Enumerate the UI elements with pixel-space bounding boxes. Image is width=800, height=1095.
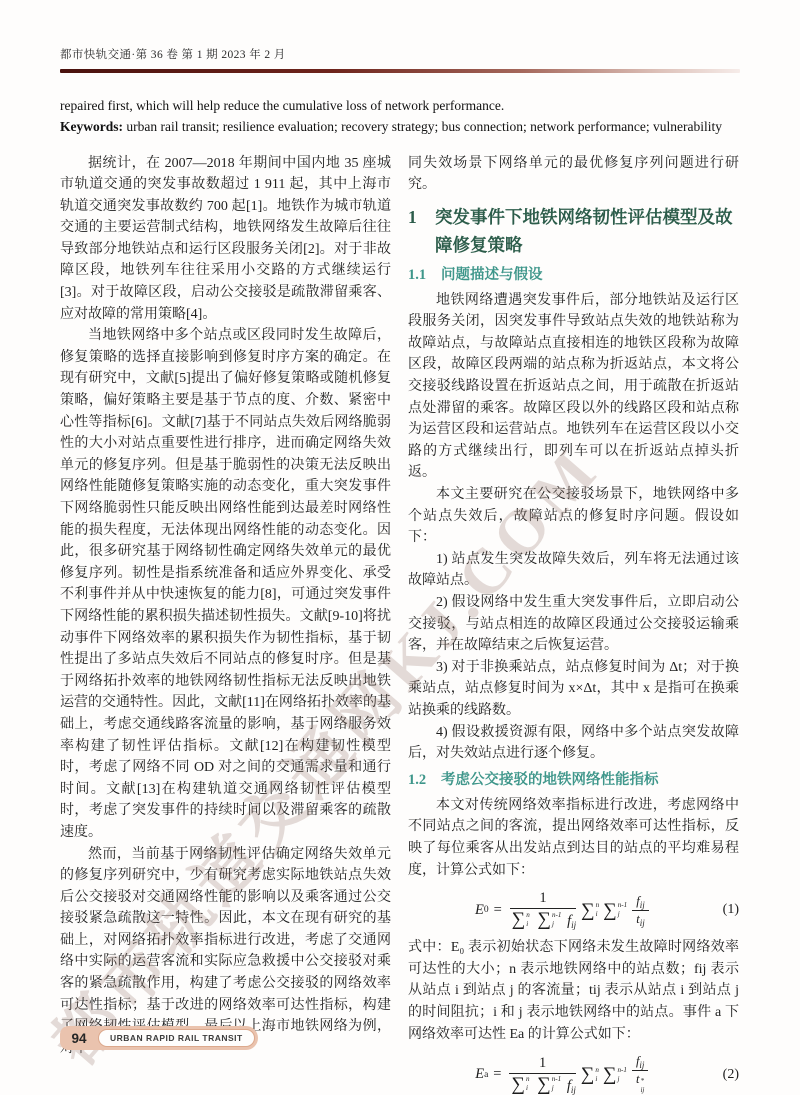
sigma-icon: ∑ [512, 910, 526, 929]
denominator-sum: ∑ni ∑n-1j fij [510, 909, 576, 930]
subsection-title: 问题描述与假设 [441, 264, 739, 287]
paragraph-index-definition: 本文对传统网络效率指标进行改进，考虑网络中不同站点之间的客流，提出网络效率可达性… [408, 795, 739, 881]
section-title: 突发事件下地铁网络韧性评估模型及故障修复策略 [435, 203, 739, 259]
subsection-number: 1.2 [408, 769, 441, 792]
assumption-item-2: 2) 假设网络中发生重大突发事件后，立即启动公交接驳，与站点相连的故障区段通过公… [408, 592, 739, 657]
right-column: 同失效场景下网络单元的最优修复序列问题进行研究。 1 突发事件下地铁网络韧性评估… [408, 153, 739, 1095]
sigma-icon: ∑ [603, 1065, 617, 1084]
sigma-icon: ∑ [511, 1075, 525, 1094]
two-column-body: 据统计，在 2007—2018 年期间中国内地 35 座城市轨道交通的突发事故数… [60, 153, 740, 1095]
var-E: E [475, 902, 484, 919]
paragraph-research-scope: 本文主要研究在公交接驳场景下，地铁网络中多个站点失效后，故障站点的修复时序问题。… [408, 484, 739, 549]
paragraph-literature-review: 当地铁网络中多个站点或区段同时发生故障后，修复策略的选择直接影响到修复时序方案的… [60, 325, 391, 843]
denominator-sum: ∑ni ∑n-1j fij [509, 1074, 575, 1095]
assumption-item-4: 4) 假设救援资源有限，网络中多个站点突发故障后，对失效站点进行逐个修复。 [408, 722, 739, 765]
numerator-one: 1 [509, 1055, 575, 1074]
sub-0: 0 [484, 905, 489, 915]
sigma-icon: ∑ [537, 910, 551, 929]
assumption-item-3: 3) 对于非换乘站点，站点修复时间为 Δt；对于换乘站点，站点修复时间为 x×Δ… [408, 657, 739, 722]
equation-1-math: E0 = 1 ∑ni ∑n-1j fij ∑ni ∑n-1j fij [408, 890, 719, 930]
sub-a: a [484, 1070, 488, 1080]
sigma-icon: ∑ [537, 1075, 551, 1094]
header-rule-divider [60, 69, 740, 73]
english-abstract-block: repaired first, which will help reduce t… [60, 95, 740, 137]
equation-2-number: (2) [719, 1067, 739, 1083]
var-E: E [475, 1066, 484, 1083]
journal-page: 都市轨道交通网KJ.COM 都市快轨交通·第 36 卷 第 1 期 2023 年… [0, 0, 800, 1095]
subsection-heading-1-1: 1.1 问题描述与假设 [408, 264, 739, 287]
section-number: 1 [408, 203, 435, 259]
keywords-text: urban rail transit; resilience evaluatio… [123, 119, 722, 134]
equation-1-number: (1) [719, 902, 739, 918]
abstract-last-line: repaired first, which will help reduce t… [60, 95, 740, 116]
subsection-heading-1-2: 1.2 考虑公交接驳的地铁网络性能指标 [408, 769, 739, 792]
paragraph-continuation: 同失效场景下网络单元的最优修复序列问题进行研究。 [408, 153, 739, 196]
numerator-one: 1 [510, 890, 576, 909]
equation-2: Ea = 1 ∑ni ∑n-1j fij ∑ni ∑n-1j fij [408, 1054, 739, 1095]
left-column: 据统计，在 2007—2018 年期间中国内地 35 座城市轨道交通的突发事故数… [60, 153, 391, 1095]
page-header: 都市快轨交通·第 36 卷 第 1 期 2023 年 2 月 [60, 46, 740, 73]
fraction-normalizer: 1 ∑ni ∑n-1j fij [509, 1055, 575, 1095]
paragraph-symbol-explanation: 式中：E₀ 表示初始状态下网络未发生故障时网络效率可达性的大小；n 表示地铁网络… [408, 937, 739, 1045]
subsection-title: 考虑公交接驳的地铁网络性能指标 [441, 769, 739, 792]
subsection-number: 1.1 [408, 264, 441, 287]
paragraph-statistics: 据统计，在 2007—2018 年期间中国内地 35 座城市轨道交通的突发事故数… [60, 153, 391, 326]
section-heading-1: 1 突发事件下地铁网络韧性评估模型及故障修复策略 [408, 203, 739, 259]
journal-name-pill: URBAN RAPID RAIL TRANSIT [98, 1029, 255, 1047]
sigma-icon: ∑ [603, 901, 617, 920]
paragraph-problem-description: 地铁网络遭遇突发事件后，部分地铁站及运行区段服务关闭，因突发事件导致站点失效的地… [408, 290, 739, 484]
equation-1: E0 = 1 ∑ni ∑n-1j fij ∑ni ∑n-1j fij [408, 890, 739, 930]
equation-2-math: Ea = 1 ∑ni ∑n-1j fij ∑ni ∑n-1j fij [408, 1054, 719, 1095]
fraction-f-over-t: fij tij [632, 894, 649, 927]
sigma-icon: ∑ [581, 901, 595, 920]
equals-sign: = [494, 902, 502, 919]
journal-issue-line: 都市快轨交通·第 36 卷 第 1 期 2023 年 2 月 [60, 46, 740, 62]
assumption-item-1: 1) 站点发生突发故障失效后，列车将无法通过该故障站点。 [408, 549, 739, 592]
equals-sign: = [493, 1066, 501, 1083]
fraction-f-over-t-star: fij t*ij [632, 1054, 649, 1095]
page-number: 94 [60, 1031, 98, 1046]
sigma-icon: ∑ [581, 1065, 595, 1084]
keywords-label: Keywords: [60, 119, 123, 134]
keywords-line: Keywords: urban rail transit; resilience… [60, 116, 740, 137]
page-number-badge: 94 URBAN RAPID RAIL TRANSIT [60, 1026, 258, 1050]
page-footer: 94 URBAN RAPID RAIL TRANSIT [60, 1026, 258, 1050]
fraction-normalizer: 1 ∑ni ∑n-1j fij [510, 890, 576, 930]
